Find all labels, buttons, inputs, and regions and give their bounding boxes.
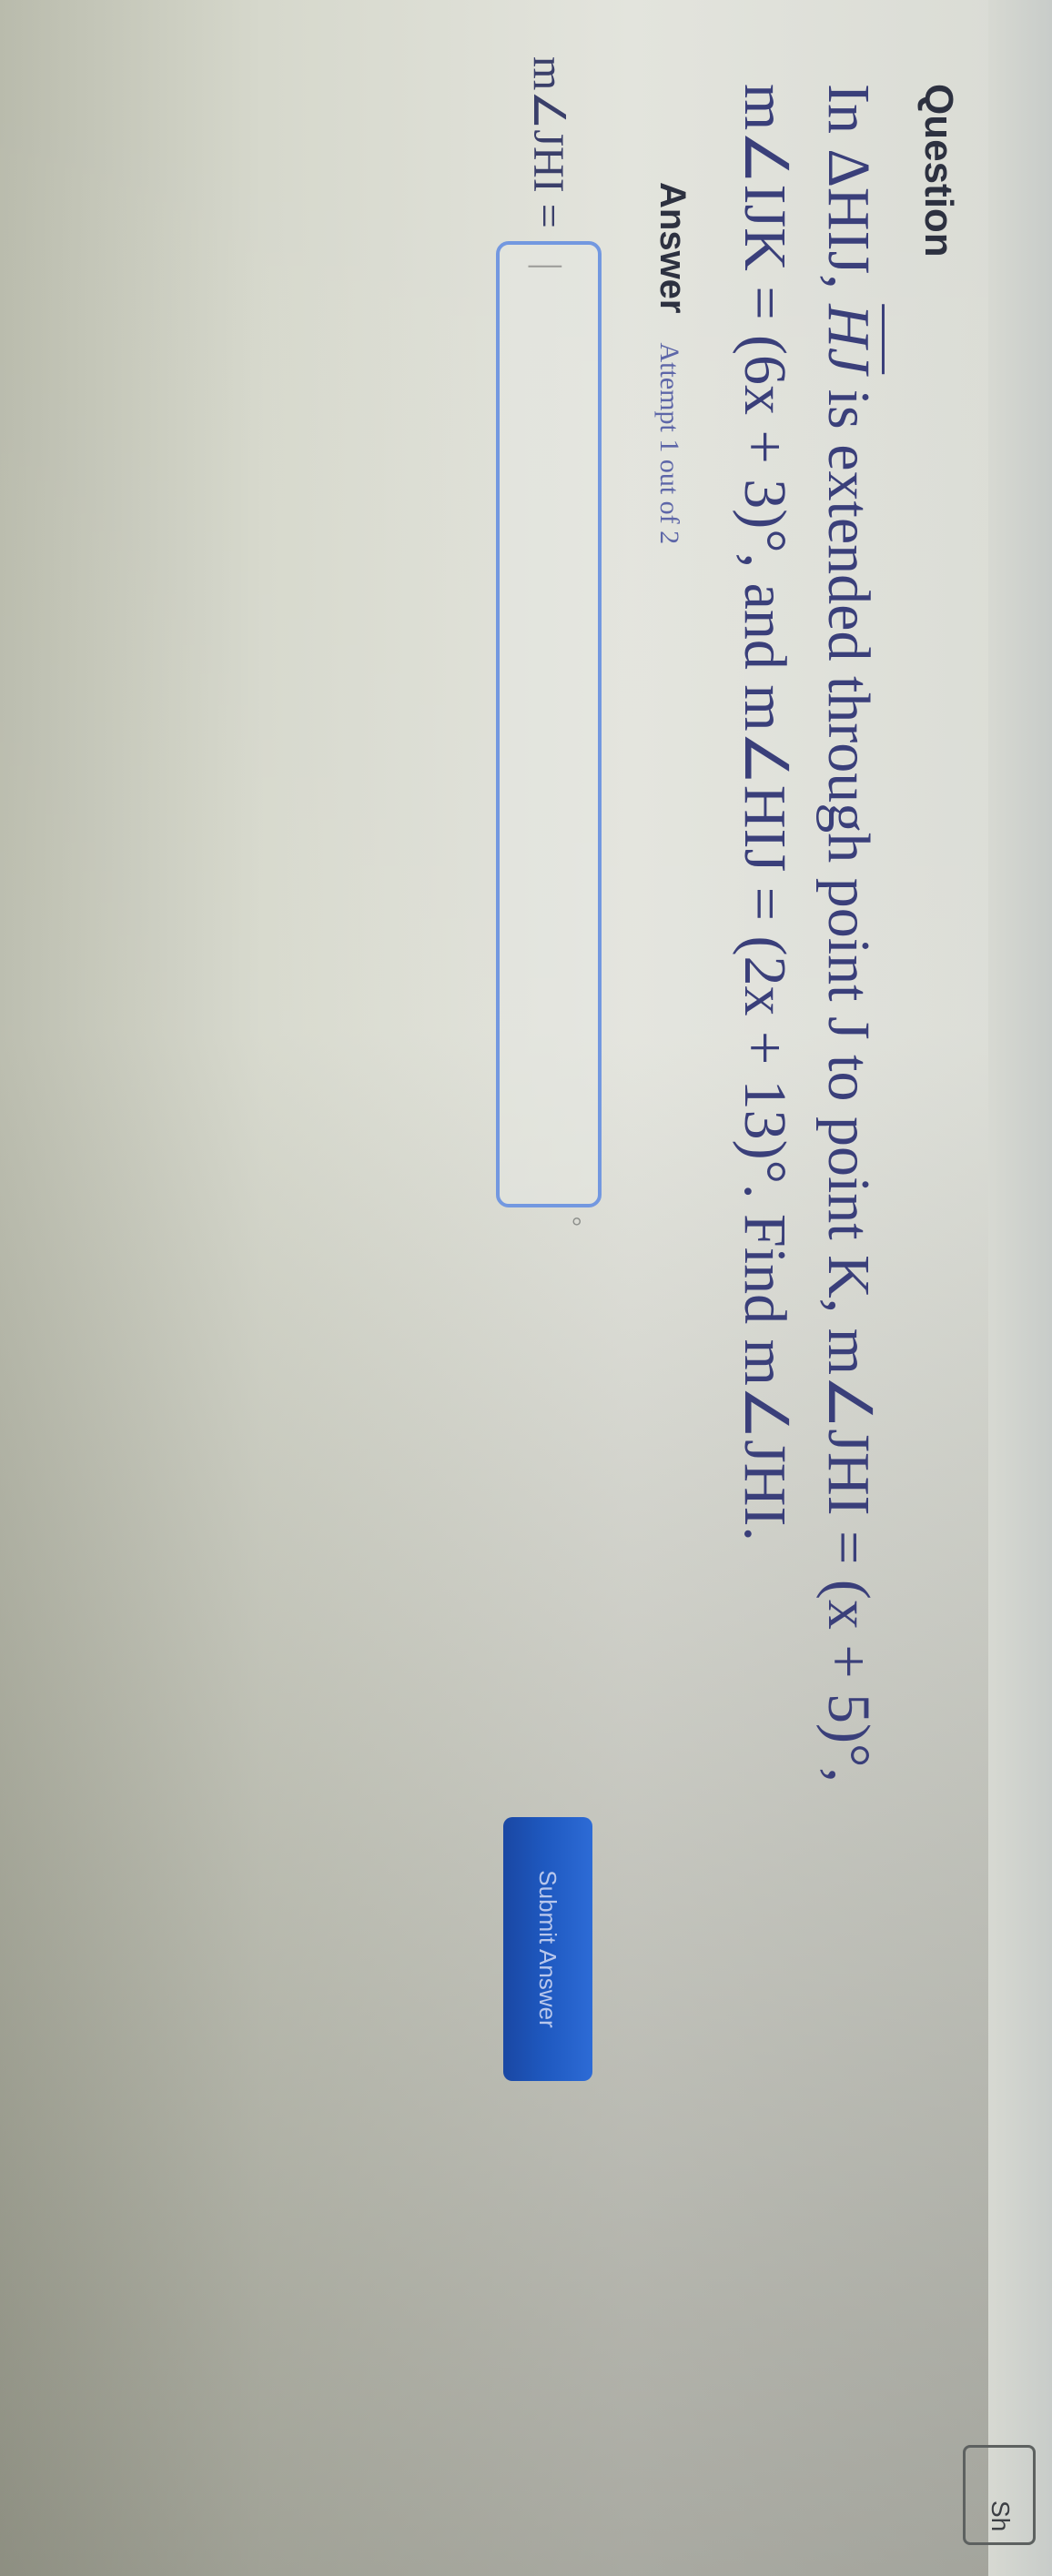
answer-header: Answer Attempt 1 out of 2 <box>652 182 693 544</box>
submit-answer-button[interactable]: Submit Answer <box>503 1817 592 2081</box>
attempt-counter: Attempt 1 out of 2 <box>653 343 684 545</box>
screen: Sh Question In ΔHIJ, HJ is extended thro… <box>0 0 1052 2576</box>
show-examples-button[interactable]: Sh <box>963 2445 1036 2545</box>
top-strip <box>988 0 1052 2576</box>
answer-label: Answer <box>652 182 693 314</box>
question-heading: Question <box>915 84 961 258</box>
question-intro: In ΔHIJ, <box>815 84 882 304</box>
question-rest: is extended through point J to point K, … <box>815 374 882 1783</box>
input-prefix: m∠JHI = <box>523 56 574 228</box>
question-line-1: In ΔHIJ, HJ is extended through point J … <box>806 84 890 2541</box>
degree-unit: ° <box>556 1217 585 1227</box>
answer-input-row: m∠JHI = ° <box>496 56 602 1227</box>
question-line-2: m∠IJK = (6x + 3)°, and m∠HIJ = (2x + 13)… <box>723 84 806 2541</box>
answer-input[interactable] <box>496 241 602 1207</box>
question-text: In ΔHIJ, HJ is extended through point J … <box>723 84 890 2541</box>
segment-hj: HJ <box>815 304 882 374</box>
